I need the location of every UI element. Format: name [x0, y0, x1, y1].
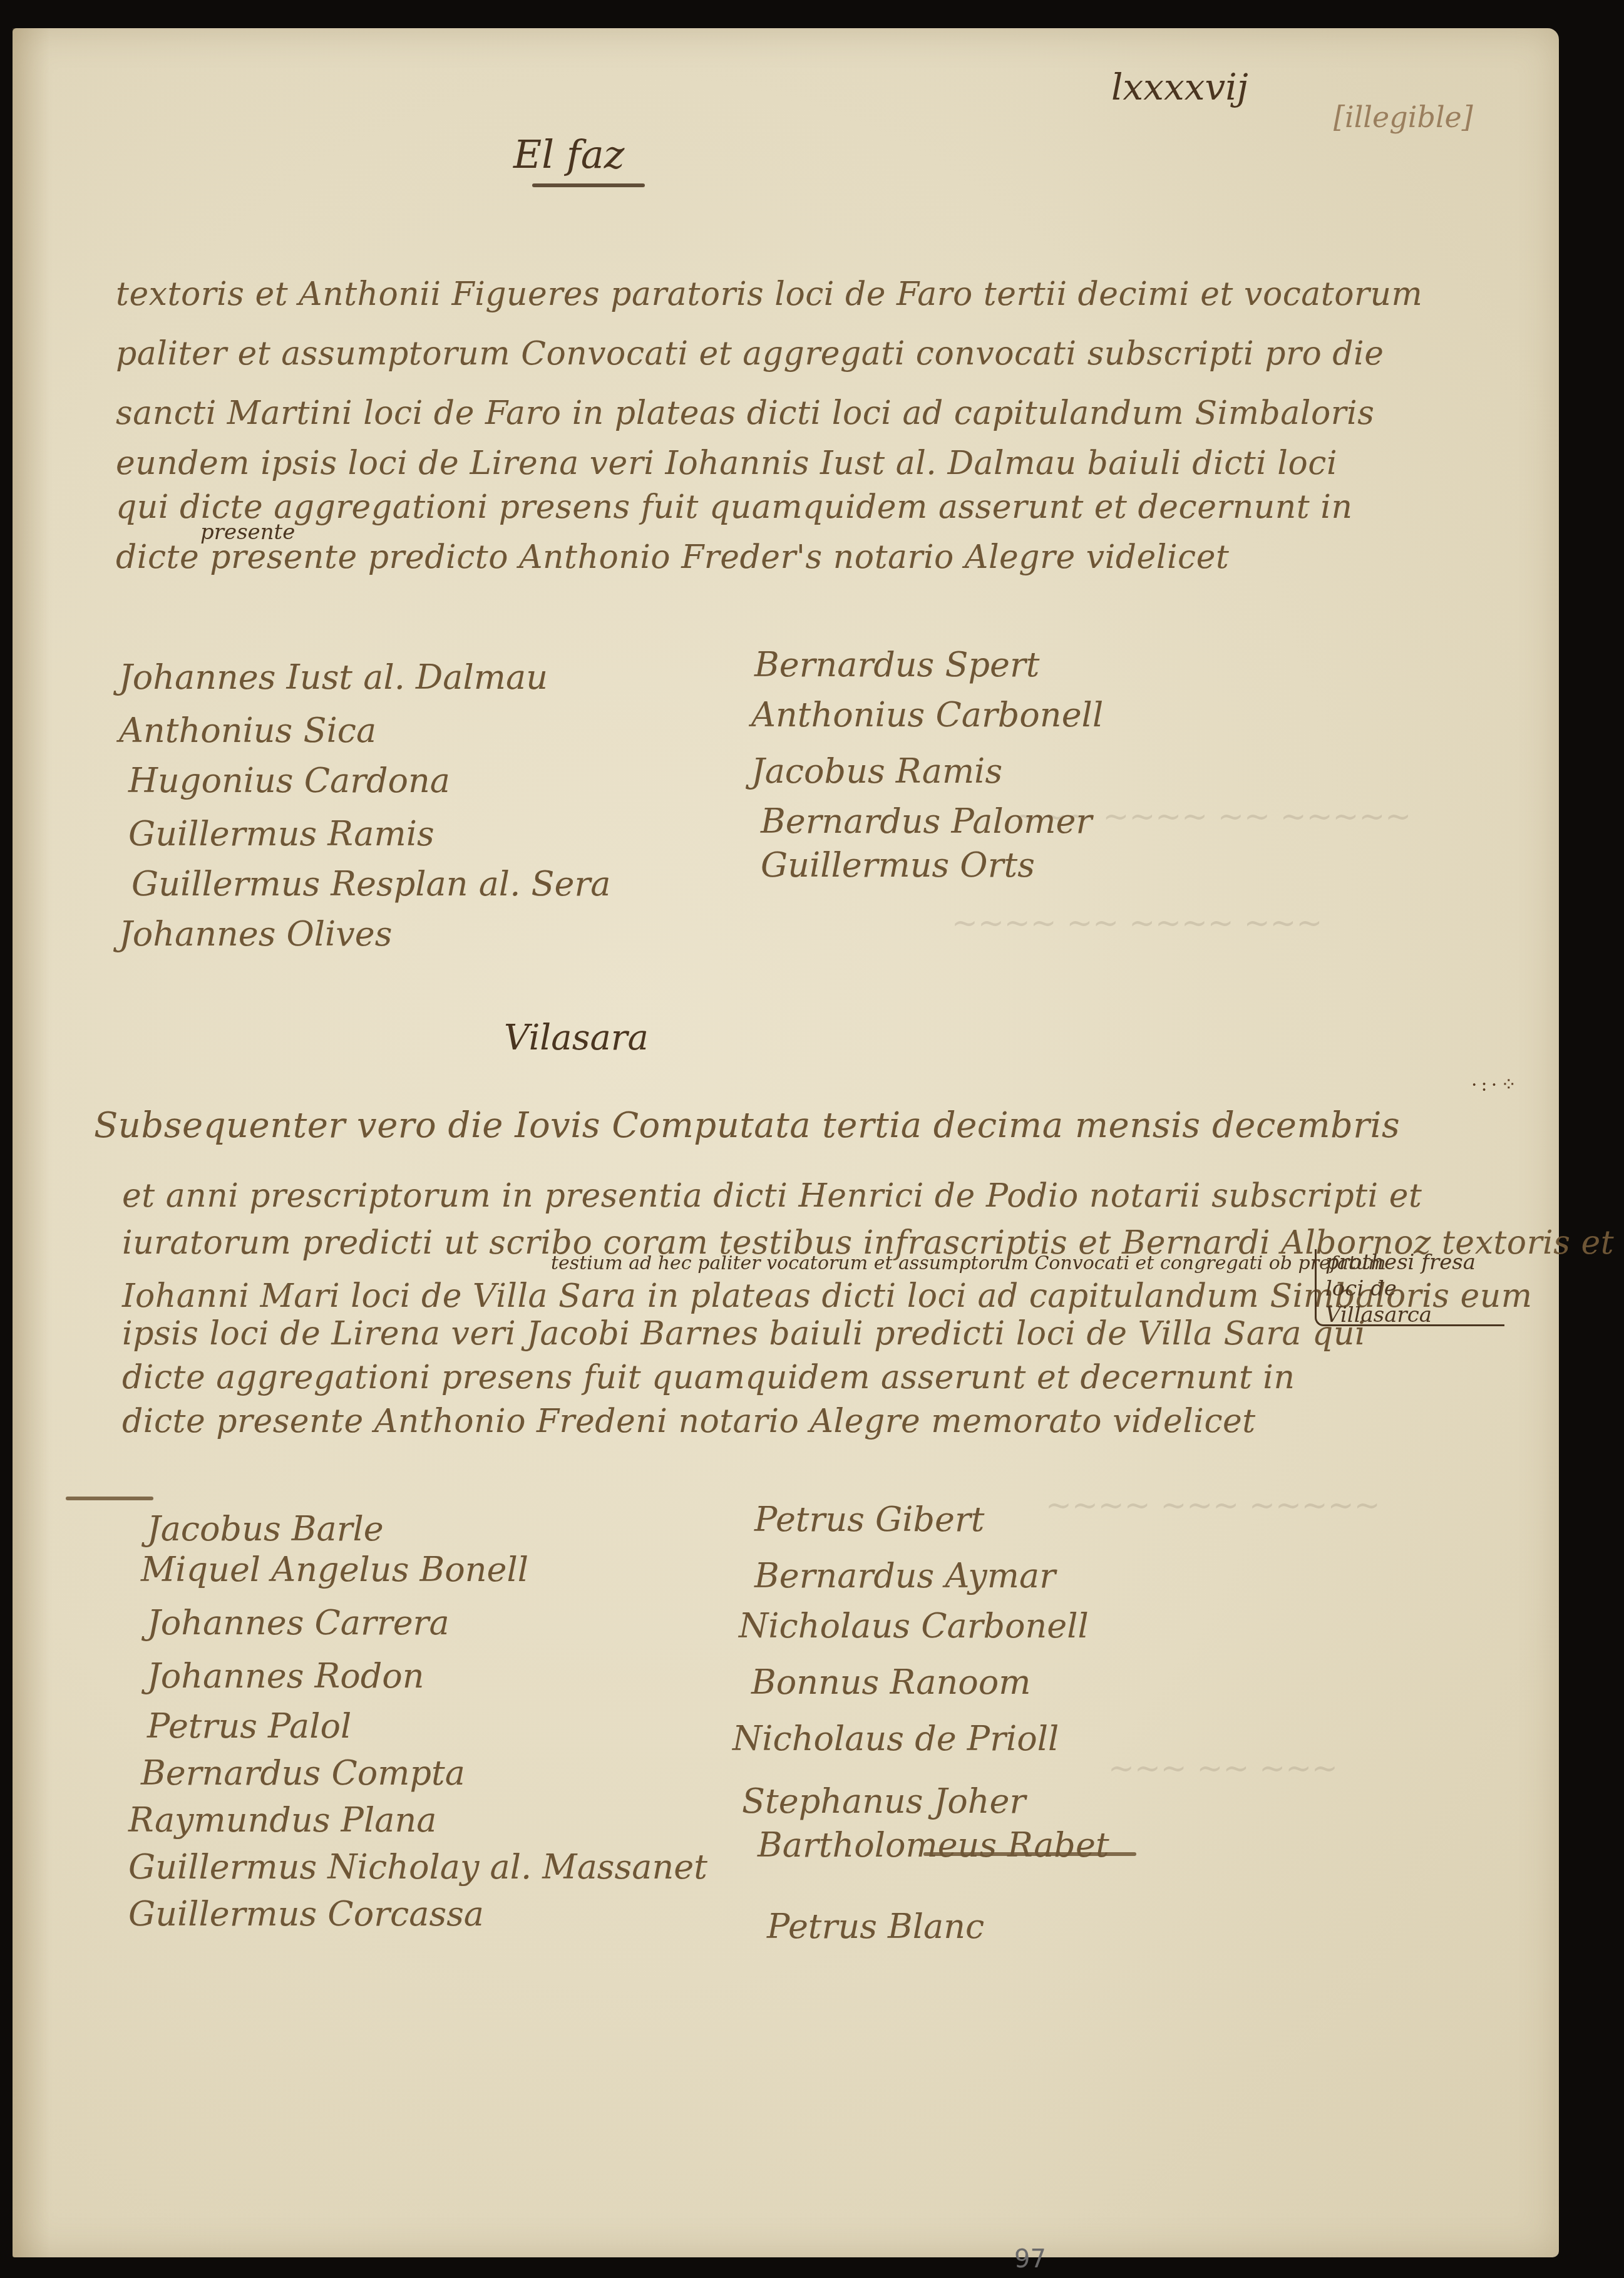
name-entry: Guillermus Nicholay al. Massanet — [128, 1847, 707, 1887]
name-entry: Guillermus Corcassa — [128, 1894, 484, 1934]
name-entry: Hugonius Cardona — [128, 761, 450, 800]
name-entry: Guillermus Orts — [761, 845, 1035, 885]
section-heading-el-faz: El faz — [513, 131, 624, 177]
name-entry: Bernardus Spert — [754, 645, 1040, 684]
name-entry: Anthonius Sica — [119, 711, 376, 750]
paragraph-line: Subsequenter vero die Iovis Computata te… — [94, 1105, 1400, 1146]
paragraph-line: qui dicte aggregationi presens fuit quam… — [116, 488, 1352, 526]
paragraph-line: dicte aggregationi presens fuit quamquid… — [122, 1359, 1295, 1396]
margin-note-line: loci de Villasarca — [1317, 1276, 1504, 1328]
name-entry: Guillermus Resplan al. Sera — [131, 864, 610, 904]
folio-number-top: lxxxxvij — [1111, 66, 1248, 108]
bleed-through-text: ~~~~ ~~~ ~~~~~ — [1046, 1487, 1380, 1523]
paragraph-line: dicte presente Anthonio Fredeni notario … — [122, 1403, 1256, 1440]
bleed-through-text: ~~~~ ~~ ~~~~ ~~~ — [952, 905, 1322, 941]
heading-underline — [532, 183, 645, 187]
paragraph-line: paliter et assumptorum Convocati et aggr… — [116, 335, 1384, 373]
faded-stamp: [illegible] — [1334, 100, 1473, 134]
name-entry: Bonnus Ranoom — [751, 1662, 1031, 1702]
paragraph-line: sancti Martini loci de Faro in plateas d… — [116, 394, 1374, 432]
name-entry: Guillermus Ramis — [128, 814, 434, 853]
ink-blots: ·:·⁘ — [1471, 1074, 1520, 1096]
name-entry: Johannes Olives — [119, 914, 393, 954]
paragraph-line: et anni prescriptorum in presentia dicti… — [122, 1177, 1422, 1215]
name-entry: Petrus Blanc — [767, 1907, 984, 1946]
name-entry: Nicholaus de Prioll — [732, 1719, 1059, 1758]
margin-note-line: prothesi fresa — [1317, 1249, 1504, 1276]
name-entry: Johannes Iust al. Dalmau — [119, 657, 548, 697]
name-entry: Petrus Gibert — [754, 1500, 984, 1539]
name-entry: Nicholaus Carbonell — [739, 1606, 1089, 1646]
margin-insertion-note: prothesi fresa loci de Villasarca — [1315, 1249, 1504, 1326]
name-entry: Anthonius Carbonell — [751, 695, 1103, 734]
name-entry: Johannes Carrera — [147, 1603, 450, 1642]
name-entry: Jacobus Barle — [147, 1509, 384, 1549]
name-entry: Stephanus Joher — [742, 1781, 1025, 1821]
bleed-through-text: ~~~ ~~~~ ~~ ~~~~~ — [1014, 798, 1411, 835]
name-entry: Petrus Palol — [147, 1706, 351, 1746]
paragraph-line: eundem ipsis loci de Lirena veri Iohanni… — [116, 445, 1337, 482]
name-entry: Raymundus Plana — [128, 1800, 436, 1840]
name-entry: Bernardus Aymar — [754, 1556, 1056, 1595]
paragraph-line: dicte presente predicto Anthonio Freder'… — [116, 539, 1229, 576]
paragraph-line: textoris et Anthonii Figueres paratoris … — [116, 276, 1422, 313]
name-entry: Johannes Rodon — [147, 1656, 424, 1696]
section-heading-vilasara: Vilasara — [504, 1018, 649, 1058]
manuscript-page: lxxxxvij [illegible] El faz textoris et … — [13, 28, 1559, 2257]
interlinear-note: testium ad hec paliter vocatorum et assu… — [551, 1252, 1386, 1274]
name-entry: Miquel Angelus Bonell — [141, 1550, 528, 1589]
paragraph-line: ipsis loci de Lirena veri Jacobi Barnes … — [122, 1315, 1365, 1353]
bleed-through-text: ~~~ ~~ ~~~ — [1108, 1750, 1338, 1786]
name-entry: Jacobus Ramis — [751, 751, 1002, 791]
list-bracket-stroke — [66, 1497, 153, 1500]
name-entry: Bernardus Compta — [141, 1753, 465, 1793]
folio-number-pencil: 97 — [1014, 2245, 1046, 2274]
name-entry: Bartholomeus Rabet — [758, 1825, 1109, 1865]
